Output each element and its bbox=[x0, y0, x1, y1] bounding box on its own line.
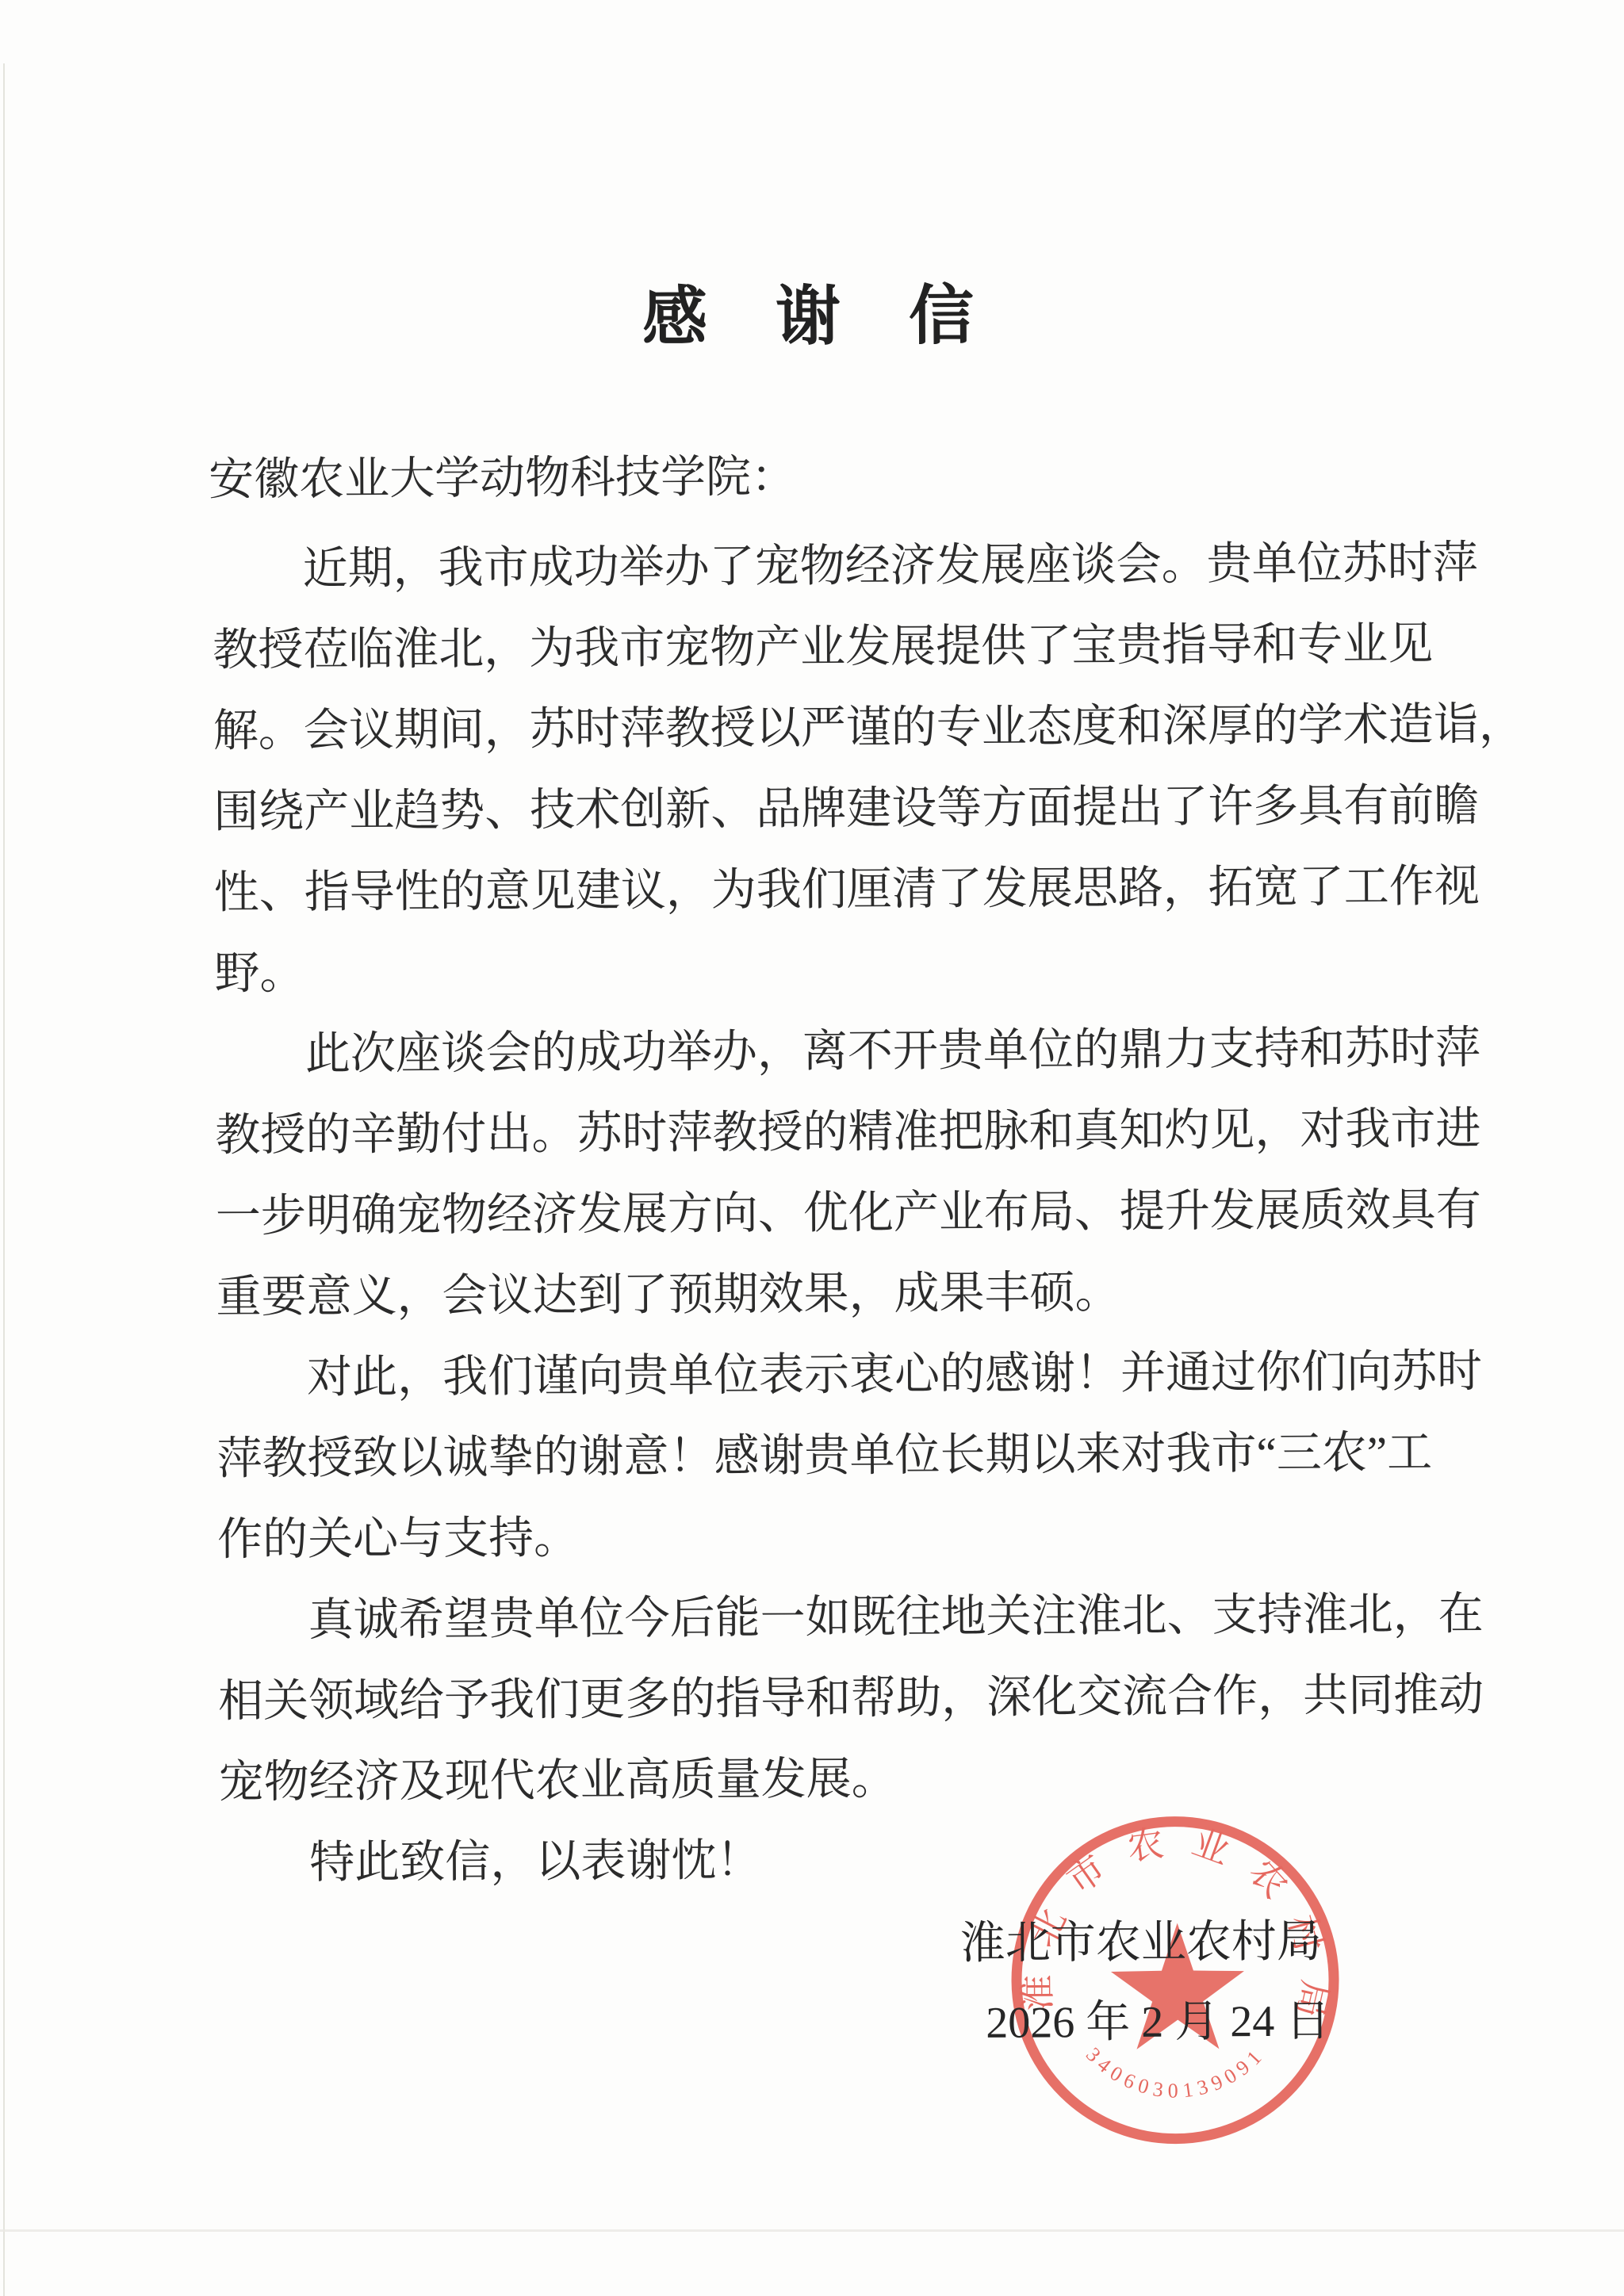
body-line: 萍教授致以诚挚的谢意！感谢贵单位长期以来对我市“三农”工 bbox=[216, 1413, 1486, 1500]
seal-serial: 3406030139091 bbox=[1082, 2042, 1270, 2103]
body-line: 围绕产业趋势、技术创新、品牌建设等方面提出了许多具有前瞻 bbox=[213, 766, 1483, 853]
scan-artifact-bottom-line bbox=[0, 2229, 1624, 2232]
body-line: 作的关心与支持。 bbox=[217, 1494, 1487, 1581]
letter-page: 感 谢 信 安徽农业大学动物科技学院： 近期，我市成功举办了宠物经济发展座谈会。… bbox=[0, 0, 1624, 2296]
body-line: 性、指导性的意见建议，为我们厘清了发展思路，拓宽了工作视 bbox=[214, 847, 1484, 934]
body-line: 解。会议期间，苏时萍教授以严谨的专业态度和深厚的学术造诣， bbox=[213, 685, 1482, 772]
salutation: 安徽农业大学动物科技学院： bbox=[209, 449, 796, 509]
signature-org: 淮北市农业农村局 bbox=[960, 1905, 1322, 1972]
scan-artifact-left-line bbox=[3, 63, 5, 2296]
letter-content: 感 谢 信 安徽农业大学动物科技学院： 近期，我市成功举办了宠物经济发展座谈会。… bbox=[0, 0, 1624, 2296]
body-line: 对此，我们谨向贵单位表示衷心的感谢！并通过你们向苏时 bbox=[216, 1332, 1486, 1419]
letter-body: 近期，我市成功举办了宠物经济发展座谈会。贵单位苏时萍教授莅临淮北，为我市宠物产业… bbox=[212, 523, 1488, 1904]
signature-date: 2026 年 2 月 24 日 bbox=[986, 1986, 1330, 2051]
body-line: 此次座谈会的成功举办，离不开贵单位的鼎力支持和苏时萍 bbox=[215, 1008, 1484, 1096]
body-line: 相关领域给予我们更多的指导和帮助，深化交流合作，共同推动 bbox=[218, 1655, 1488, 1743]
body-line: 一步明确宠物经济发展方向、优化产业布局、提升发展质效具有 bbox=[216, 1170, 1485, 1257]
body-line: 真诚希望贵单位今后能一如既往地关注淮北、支持淮北，在 bbox=[217, 1575, 1487, 1662]
official-seal: 淮北市农业农村局 3406030139091 bbox=[936, 1741, 1414, 2219]
body-line: 教授的辛勤付出。苏时萍教授的精准把脉和真知灼见，对我市进 bbox=[215, 1089, 1484, 1177]
body-line: 近期，我市成功举办了宠物经济发展座谈会。贵单位苏时萍 bbox=[212, 523, 1481, 610]
page-title: 感 谢 信 bbox=[0, 275, 1621, 360]
body-line: 重要意义，会议达到了预期效果，成果丰硕。 bbox=[216, 1251, 1485, 1338]
body-line: 野。 bbox=[214, 928, 1484, 1015]
body-line: 教授莅临淮北，为我市宠物产业发展提供了宝贵指导和专业见 bbox=[213, 604, 1482, 691]
